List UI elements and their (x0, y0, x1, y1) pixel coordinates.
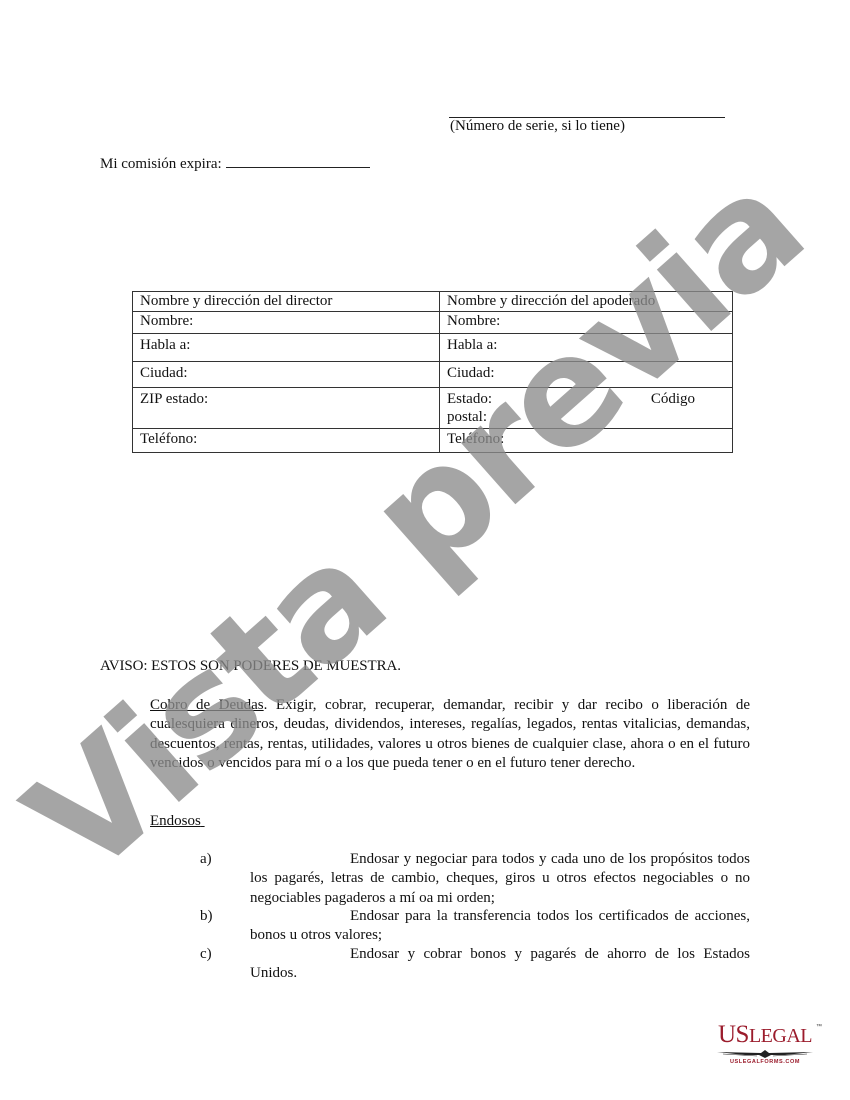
agent-state-zip-line: Estado: Código (447, 390, 732, 408)
agent-zip-label: Código (651, 390, 695, 408)
agent-address-cell: Habla a: (440, 334, 733, 362)
endorsement-item-text: Endosar y cobrar bonos y pagarés de ahor… (250, 945, 750, 984)
endorsement-item-label: c) (200, 945, 212, 964)
agent-header: Nombre y dirección del apoderado (440, 292, 733, 312)
uslegal-wordmark: USLEGAL (706, 1022, 824, 1049)
principal-city-cell: Ciudad: (133, 362, 440, 388)
agent-state-label: Estado: (447, 390, 492, 408)
uslegal-url: USLEGALFORMS.COM (706, 1059, 824, 1065)
agent-name-cell: Nombre: (440, 312, 733, 334)
principal-agent-table: Nombre y dirección del director Nombre y… (132, 291, 733, 453)
table-row: Nombre: Nombre: (133, 312, 733, 334)
agent-city-cell: Ciudad: (440, 362, 733, 388)
endorsements-title: Endosos (150, 813, 201, 829)
commission-expiry-blank-line (226, 154, 370, 168)
commission-expiry: Mi comisión expira: (100, 154, 370, 173)
agent-state-zip-cell: Estado: Código postal: (440, 388, 733, 429)
endorsements-heading: Endosos (150, 813, 205, 830)
sample-powers-notice: AVISO: ESTOS SON PODERES DE MUESTRA. (100, 658, 401, 675)
serial-number-blank-line (449, 100, 725, 118)
endorsement-item-a: a) Endosar y negociar para todos y cada … (200, 850, 750, 908)
table-header-row: Nombre y dirección del director Nombre y… (133, 292, 733, 312)
endorsement-item-text: Endosar para la transferencia todos los … (250, 907, 750, 946)
debt-collection-paragraph: Cobro de Deudas. Exigir, cobrar, recuper… (150, 696, 750, 773)
table-row: ZIP estado: Estado: Código postal: (133, 388, 733, 429)
endorsement-item-c: c) Endosar y cobrar bonos y pagarés de a… (200, 945, 750, 984)
endorsement-item-b: b) Endosar para la transferencia todos l… (200, 907, 750, 946)
serial-number-label: (Número de serie, si lo tiene) (450, 118, 625, 135)
principal-address-cell: Habla a: (133, 334, 440, 362)
endorsement-item-label: b) (200, 907, 213, 926)
debt-collection-title: Cobro de Deudas (150, 697, 264, 713)
trademark-symbol: ™ (816, 1024, 822, 1030)
agent-phone-cell: Teléfono: (440, 429, 733, 453)
principal-header: Nombre y dirección del director (133, 292, 440, 312)
table-row: Teléfono: Teléfono: (133, 429, 733, 453)
principal-zip-state-cell: ZIP estado: (133, 388, 440, 429)
table-row: Ciudad: Ciudad: (133, 362, 733, 388)
principal-name-cell: Nombre: (133, 312, 440, 334)
uslegal-logo[interactable]: USLEGAL ™ USLEGALFORMS.COM (706, 1022, 824, 1068)
principal-phone-cell: Teléfono: (133, 429, 440, 453)
endorsement-item-text: Endosar y negociar para todos y cada uno… (250, 850, 750, 908)
preview-watermark: Vista previa (4, 149, 826, 901)
agent-zip-label-cont: postal: (447, 408, 732, 426)
table-row: Habla a: Habla a: (133, 334, 733, 362)
commission-expiry-label: Mi comisión expira: (100, 156, 222, 172)
endorsement-item-label: a) (200, 850, 212, 869)
eagle-wings-icon (715, 1049, 815, 1059)
